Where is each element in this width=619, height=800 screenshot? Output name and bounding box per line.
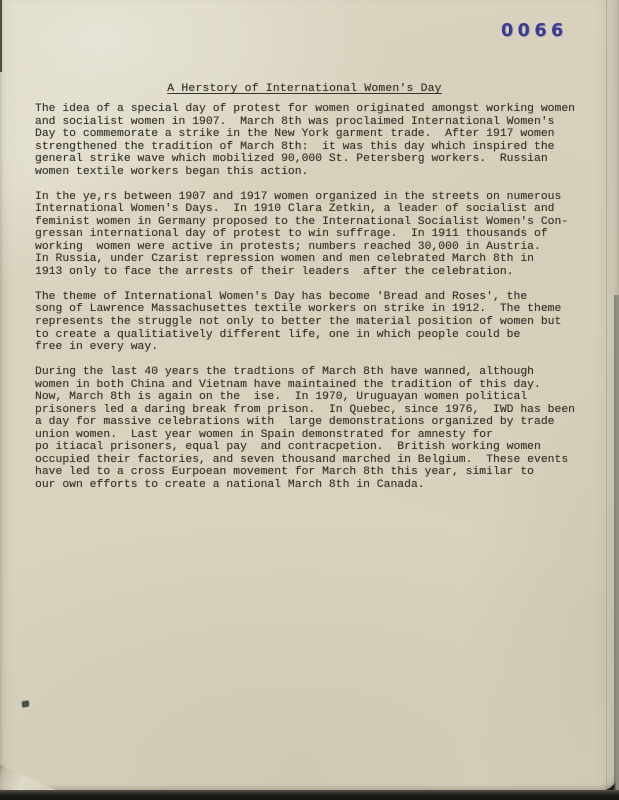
- paper-top-left-edge: [0, 0, 2, 72]
- ink-speck: [22, 701, 30, 708]
- document-title: A Herstory of International Women's Day: [167, 83, 441, 95]
- scanner-right-edge: [614, 295, 619, 790]
- paragraph-4: During the last 40 years the tradtions o…: [35, 366, 600, 491]
- paper-right-crease: [606, 0, 607, 790]
- title-row: A Herstory of International Women's Day: [0, 78, 614, 96]
- paragraph-3: The theme of International Women's Day h…: [35, 291, 600, 354]
- paragraph-2: In the ye,rs between 1907 and 1917 women…: [35, 191, 600, 279]
- scanned-document-page: 0066 A Herstory of International Women's…: [0, 0, 619, 800]
- page-number-stamp: 0066: [501, 21, 568, 41]
- scanner-bottom-edge: [0, 790, 619, 800]
- paragraph-1: The idea of a special day of protest for…: [35, 103, 600, 178]
- document-body: The idea of a special day of protest for…: [35, 103, 600, 504]
